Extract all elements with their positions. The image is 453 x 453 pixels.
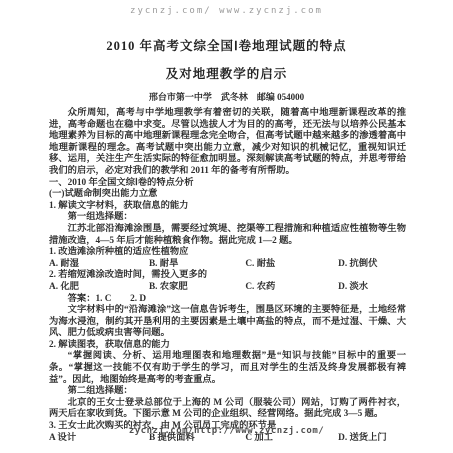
group1-stem: 江苏北部沿海滩涂围垦，需要经过筑堤、挖渠等工程措施和种植适应性植物等生物措施改造…	[49, 224, 406, 247]
section1-heading: 一、2010 年全国文综Ⅰ卷的特点分析	[49, 178, 406, 190]
document-page: zycnzj.com/ www.zycnzj.com 2010 年高考文综全国Ⅰ…	[0, 0, 453, 453]
title-block: 2010 年高考文综全国Ⅰ卷地理试题的特点 及对地理教学的启示	[0, 36, 453, 82]
question2-text: 2. 若缩短滩涂改造时间，需投入更多的	[49, 270, 406, 282]
ability2-heading: 2. 解读图表，获取信息的能力	[49, 340, 406, 352]
q1-option-a: A. 耐湿	[49, 259, 149, 271]
header-watermark-url[interactable]: zycnzj.com/ www.zycnzj.com	[0, 0, 453, 16]
document-body: 众所周知，高考与中学地理教学有着密切的关联，随着高中地理新课程改革的推进，高考命…	[49, 108, 406, 444]
q1-option-b: B. 耐旱	[149, 259, 245, 271]
group2-label: 第二组选择题：	[49, 386, 406, 398]
analysis1-paragraph: 文字材料中的“沿海滩涂”这一信息告诉考生，围垦区环境的主要特征是，土地经常为海水…	[49, 305, 406, 340]
q2-option-d: D. 淡水	[338, 282, 406, 294]
question1-text: 1. 改造滩涂所种植的适应性植物应	[49, 247, 406, 259]
group1-label: 第一组选择题：	[49, 212, 406, 224]
q2-option-b: B. 农家肥	[149, 282, 245, 294]
answers-line: 答案：1. C 2. D	[49, 294, 406, 306]
subsection1-heading: (一)试题命制突出能力立意	[49, 189, 406, 201]
q1-option-c: C. 耐盐	[245, 259, 338, 271]
q1-option-d: D. 抗倒伏	[338, 259, 406, 271]
ability1-heading: 1. 解读文字材料，获取信息的能力	[49, 201, 406, 213]
page-title-line2: 及对地理教学的启示	[0, 64, 453, 82]
intro-paragraph: 众所周知，高考与中学地理教学有着密切的关联，随着高中地理新课程改革的推进，高考命…	[49, 108, 406, 178]
analysis2-paragraph: “掌握阅读、分析、运用地理图表和地理数据”是“知识与技能”目标中的重要一条。“掌…	[49, 351, 406, 386]
author-byline: 邢台市第一中学 武冬林 邮编 054000	[0, 90, 453, 103]
page-title-line1: 2010 年高考文综全国Ⅰ卷地理试题的特点	[0, 36, 453, 54]
group2-stem: 北京的王女士登录总部位于上海的 M 公司（服装公司）网站，订购了两件衬衣，两天后…	[49, 398, 406, 421]
footer-watermark-url[interactable]: zycnzj.com/http://www.zycnzj.com/	[0, 426, 453, 436]
q2-option-a: A. 化肥	[49, 282, 149, 294]
q2-option-c: C. 农药	[245, 282, 338, 294]
question2-options: A. 化肥 B. 农家肥 C. 农药 D. 淡水	[49, 282, 406, 294]
question1-options: A. 耐湿 B. 耐旱 C. 耐盐 D. 抗倒伏	[49, 259, 406, 271]
